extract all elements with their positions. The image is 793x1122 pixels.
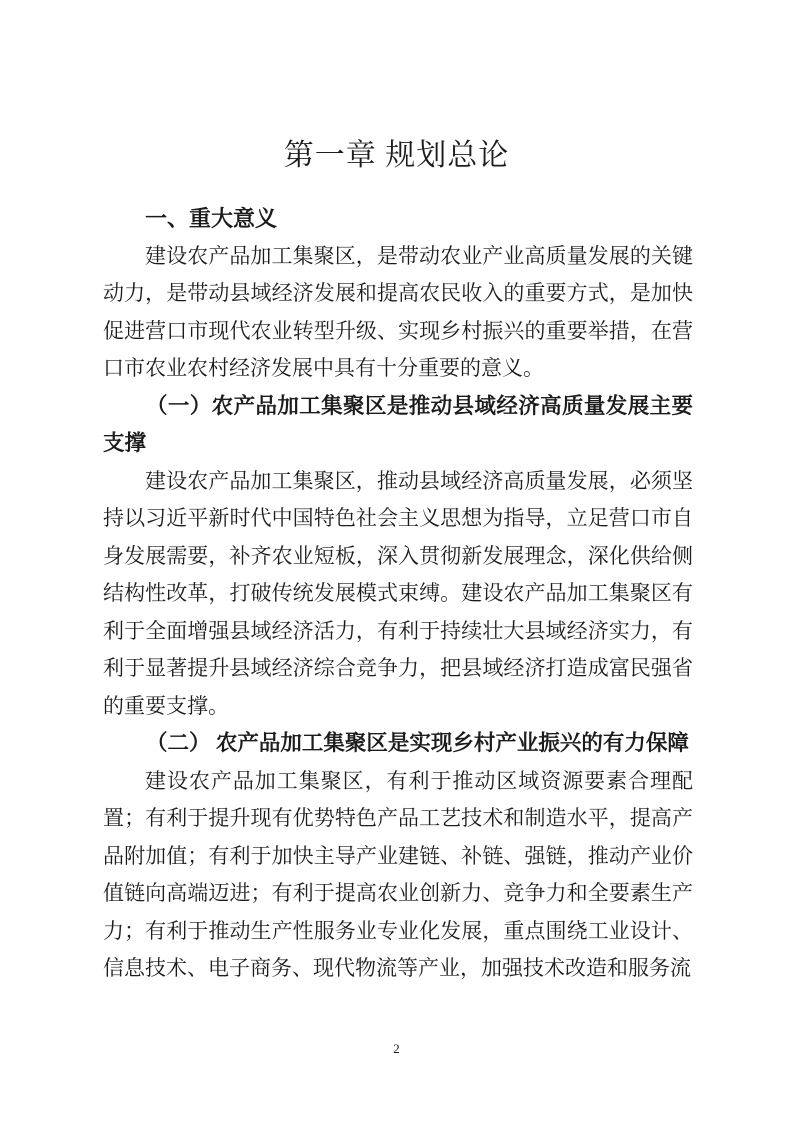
paragraph-rural-revitalization: 建设农产品加工集聚区，有利于推动区域资源要素合理配置；有利于提升现有优势特色产品… [103,763,693,988]
paragraph-significance-intro: 建设农产品加工集聚区，是带动农业产业高质量发展的关键动力，是带动县域经济发展和提… [103,238,693,388]
document-page: 第一章 规划总论 一、重大意义 建设农产品加工集聚区，是带动农业产业高质量发展的… [0,0,793,1122]
paragraph-county-economy: 建设农产品加工集聚区，推动县域经济高质量发展，必须坚持以习近平新时代中国特色社会… [103,463,693,726]
subsection-heading-county-economy: （一）农产品加工集聚区是推动县域经济高质量发展主要支撑 [103,388,693,463]
page-number: 2 [0,1040,793,1058]
chapter-title: 第一章 规划总论 [0,0,793,176]
document-body: 一、重大意义 建设农产品加工集聚区，是带动农业产业高质量发展的关键动力，是带动县… [103,200,693,988]
section-heading: 一、重大意义 [103,200,693,238]
subsection-heading-rural-revitalization: （二） 农产品加工集聚区是实现乡村产业振兴的有力保障 [103,725,693,763]
